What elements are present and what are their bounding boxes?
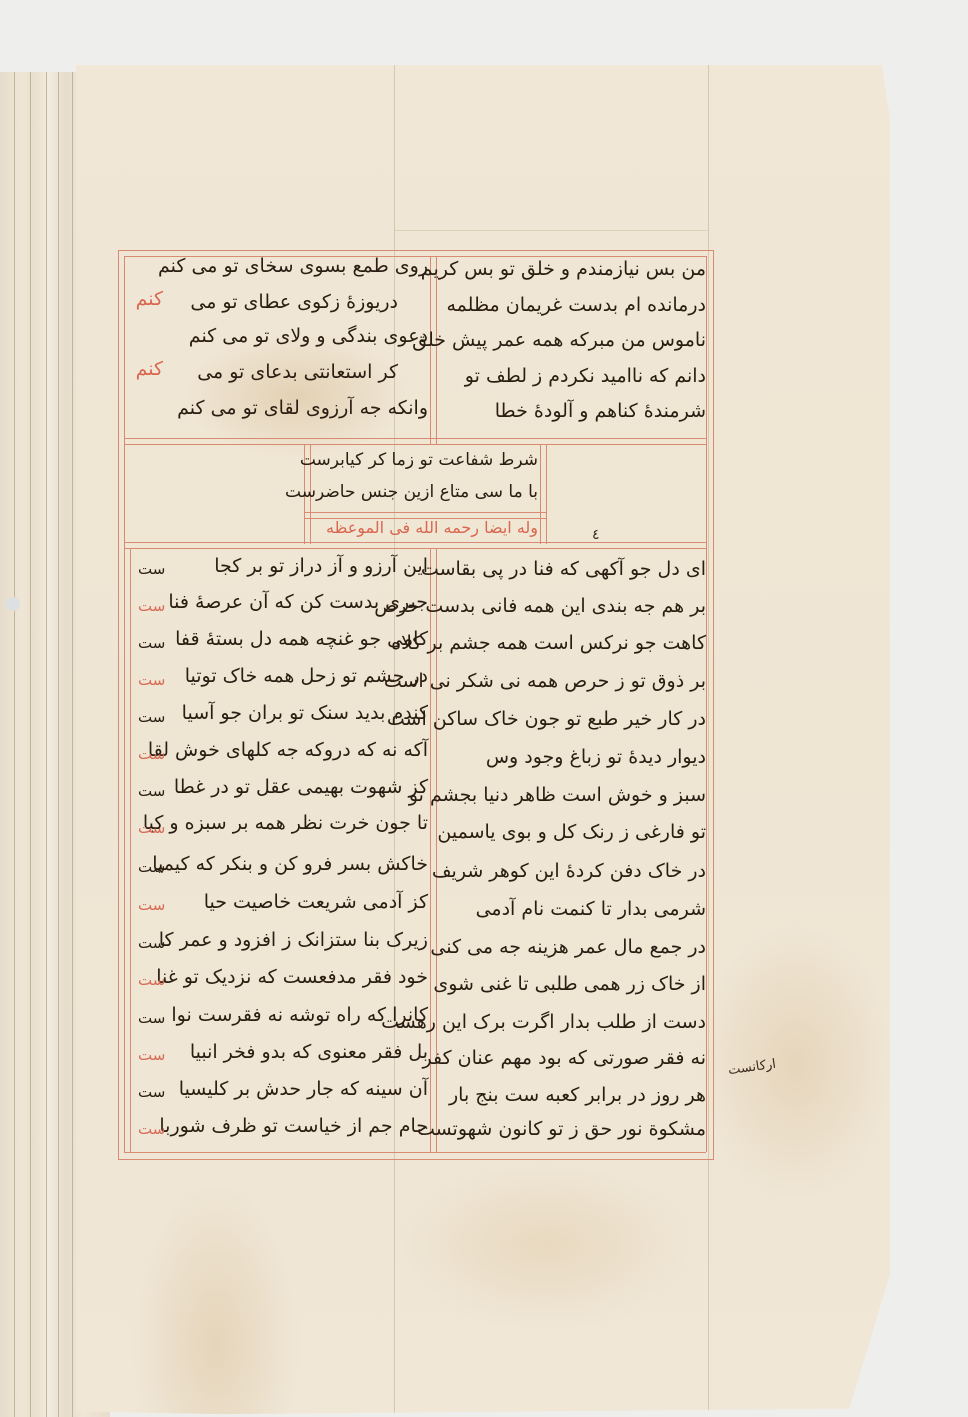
- verse-line: در جمع مال عمر هزینه جه می کنی: [430, 936, 706, 958]
- verse-line: ای دل جو آکهی که فنا در پی بقاست: [421, 558, 706, 580]
- section-heading-rubric: وله ایضا رحمه الله فی الموعظه: [326, 518, 538, 537]
- verse-line: خاکش بسر فرو کن و بنکر که کیمیا: [152, 853, 428, 875]
- radif-marker-red: ست: [138, 896, 165, 914]
- verse-line: تا جون خرت نظر همه بر سبزه و کیا: [143, 812, 428, 834]
- radif-marker: ست: [138, 560, 165, 578]
- verse-line: روی طمع بسوی سخای تو می کنم: [158, 255, 428, 277]
- radif-marker-red: ست: [138, 819, 165, 837]
- verse-line: کز آدمی شریعت خاصیت حیا: [204, 891, 428, 913]
- verse-line: شرط شفاعت تو زما کر کیابرست: [300, 450, 538, 470]
- verse-line: آکه نه که دروکه جه کلهای خوش لقا: [148, 739, 428, 761]
- radif-marker-red: ست: [138, 1120, 165, 1138]
- radif-marker: ست: [138, 782, 165, 800]
- verse-line: آن سینه که جار حدش بر کلیسیا: [179, 1078, 428, 1100]
- verse-line: سبز و خوش است ظاهر دنیا بجشم تو: [409, 784, 706, 806]
- verse-line: کز شهوت بهیمی عقل تو در غطا: [174, 776, 428, 798]
- verse-line: من بس نیازمندم و خلق تو بس کریم: [421, 258, 706, 280]
- radif-marker-red: ست: [138, 745, 165, 763]
- verse-line: در خاک دفن کردهٔ این کوهر شریف: [432, 860, 706, 882]
- rubric-word: کنم: [136, 288, 163, 310]
- radif-marker: ست: [138, 858, 165, 876]
- verse-line: بر هم جه بندی این همه فانی بدست حرص: [374, 595, 706, 617]
- verse-line: شرمندهٔ کناهم و آلودهٔ خطا: [495, 400, 706, 422]
- verse-line: ناموس من مبرکه همه عمر پیش خلق: [412, 329, 706, 351]
- verse-line: وانکه جه آرزوی لقای تو می کنم: [177, 397, 428, 419]
- verse-line: خود فقر مدفعست که نزدیک تو غنا: [156, 966, 428, 988]
- verse-line: جام جم از خیاست تو ظرف شوربا: [159, 1115, 428, 1137]
- verse-line: تو فارغی ز رنک کل و بوی یاسمین: [437, 821, 706, 843]
- binding-hole: [6, 597, 20, 611]
- radif-marker: ست: [138, 1009, 165, 1027]
- radif-marker-red: ست: [138, 597, 165, 615]
- radif-marker-red: ست: [138, 971, 165, 989]
- verse-line: شرمی بدار تا کنمت نام آدمی: [476, 898, 706, 920]
- radif-marker: ست: [138, 1083, 165, 1101]
- verse-line: بل فقر معنوی که بدو فخر انبیا: [190, 1041, 428, 1063]
- radif-marker: ست: [138, 634, 165, 652]
- verse-line: زیرک بنا ستزانک ز افزود و عمر کا: [159, 929, 428, 951]
- verse-line: دیوار دیدهٔ تو زباغ وجود وس: [486, 746, 706, 768]
- verse-line: دریوزهٔ زکوی عطای تو می: [190, 291, 398, 313]
- verse-line: نه فقر صورتی که بود مهم عنان کفر: [422, 1047, 706, 1069]
- rubric-word: کنم: [136, 358, 163, 380]
- radif-marker-red: ست: [138, 1046, 165, 1064]
- verse-line: کر استعانتی بدعای تو می: [197, 361, 398, 383]
- folio-number: ٤: [592, 527, 600, 543]
- radif-marker: ست: [138, 708, 165, 726]
- verse-line: هر روز در برابر کعبه ست بنج بار: [449, 1084, 706, 1106]
- verse-line: درمانده ام بدست غریمان مظلمه: [446, 294, 706, 316]
- verse-line: کاهت جو نرکس است همه جشم بر کلاه: [391, 632, 706, 654]
- verse-line: از خاک زر همی طلبی تا غنی شوی: [433, 973, 706, 995]
- verse-line: در کار خیر طبع تو جون خاک ساکن است: [387, 708, 706, 730]
- radif-marker-red: ست: [138, 671, 165, 689]
- verse-line: با ما سی متاع ازین جنس حاضرست: [285, 482, 538, 502]
- verse-line: دست از طلب بدار اگرت برک این رهست: [381, 1011, 706, 1033]
- verse-line: این آرزو و آز دراز تو بر کجا: [214, 555, 428, 577]
- verse-line: بر ذوق تو ز حرص همه نی شکر نی است: [384, 670, 706, 692]
- verse-line: مشکوة نور حق ز تو کانون شهوتست: [417, 1118, 706, 1140]
- radif-marker: ست: [138, 934, 165, 952]
- verse-line: کامی جو غنچه همه دل بستهٔ قفا: [175, 628, 428, 650]
- verse-line: دانم که ناامید نکردم ز لطف تو: [465, 365, 706, 387]
- verse-line: دعوی بندگی و ولای تو می کنم: [189, 325, 428, 347]
